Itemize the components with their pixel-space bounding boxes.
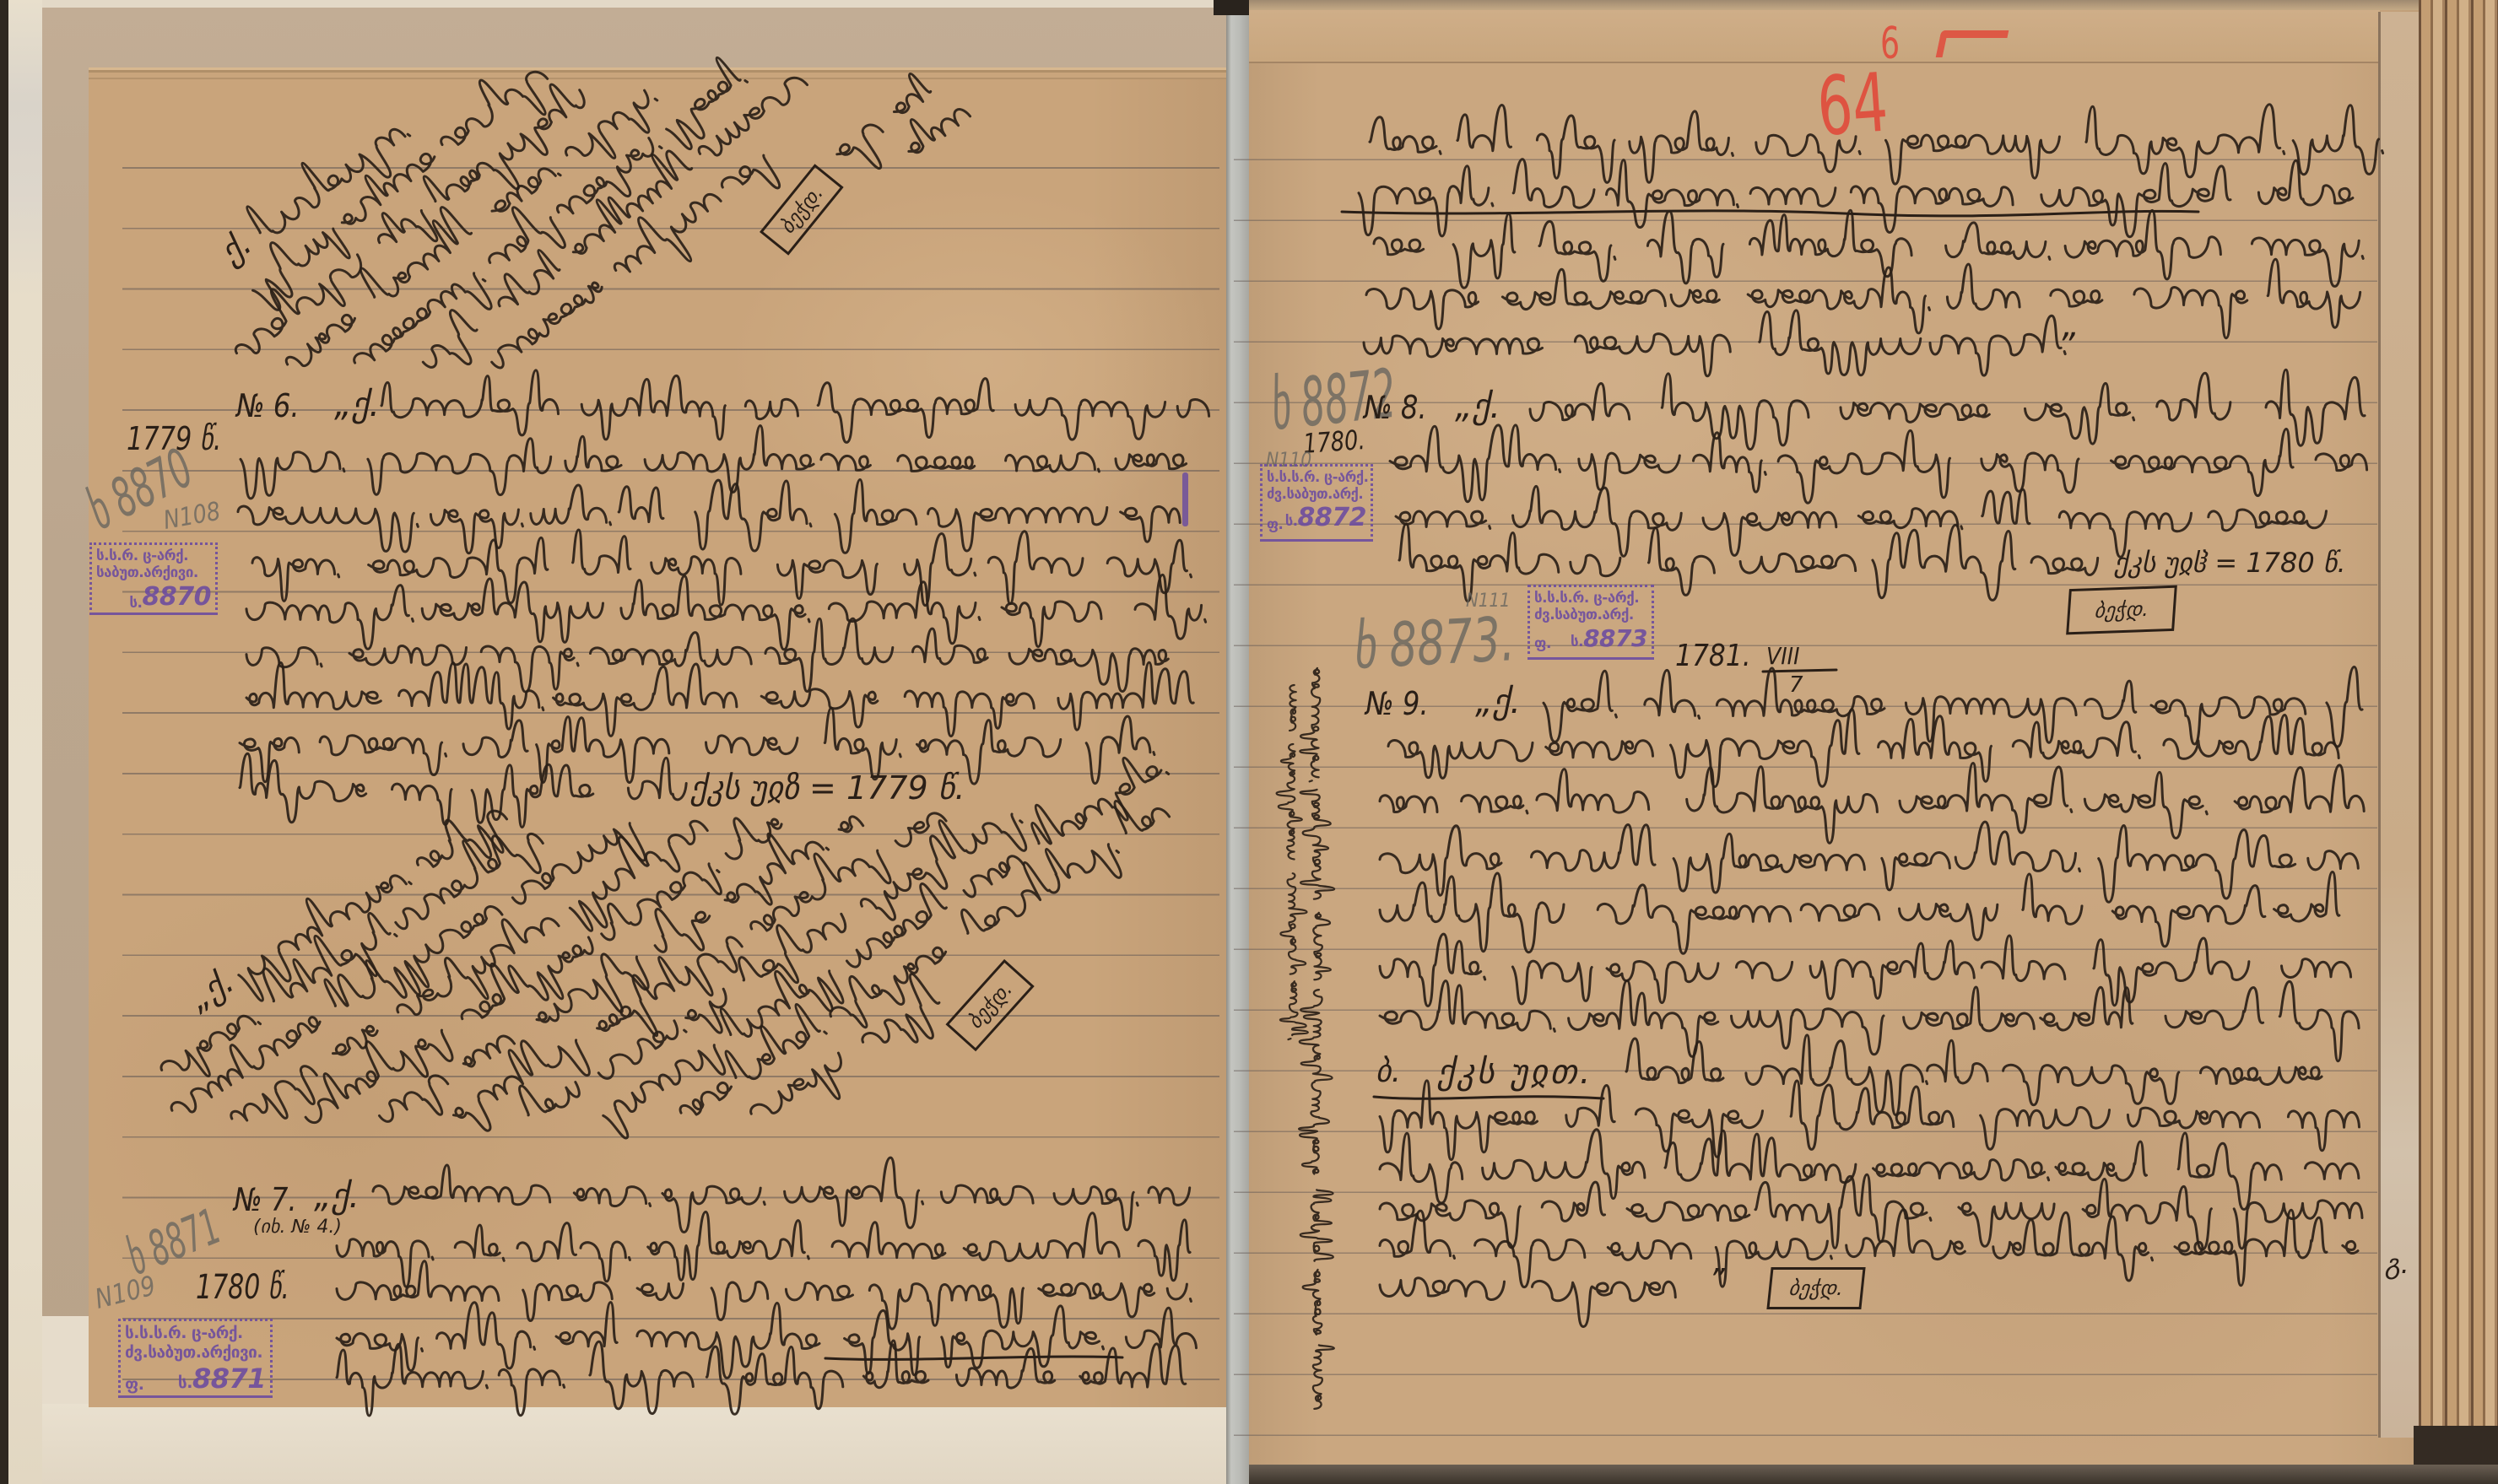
archive-stamp: ს.ს.ს.რ. ც-არქ. ძვ.საბუთ.არქივი. ფ. ს.88… bbox=[118, 1319, 273, 1398]
archive-stamp: ს.ს.რ. ც-არქ. საბუთ.არქივი. ს. 8870 bbox=[89, 542, 218, 615]
folio-number-upper: 6 bbox=[1880, 22, 1900, 66]
page-stack-edge-top bbox=[1249, 0, 2419, 10]
handwritten-line bbox=[1362, 305, 2054, 373]
stamp-fund: ფ. bbox=[1267, 516, 1283, 533]
seal-placeholder-box: ბეჭდ. bbox=[1766, 1267, 1865, 1309]
margin-date: 1779 წ. bbox=[127, 423, 221, 455]
right-page-top-margin bbox=[1249, 10, 2380, 63]
edge-mark: გ. bbox=[2385, 1250, 2409, 1277]
stamp-prefix: ს. bbox=[129, 595, 142, 612]
margin-date: 1780. bbox=[1302, 426, 1365, 457]
stamp-prefix: ს. bbox=[178, 1373, 192, 1392]
left-sheet-top-edge bbox=[42, 0, 1219, 8]
stamp-number: 8870 bbox=[143, 582, 212, 612]
stamp-line-3: ს. 8870 bbox=[96, 582, 211, 612]
entry-opening: „ქ. bbox=[334, 388, 380, 422]
closing-quote: ” bbox=[1709, 1265, 1725, 1296]
seal-label: ბეჭდ. bbox=[1788, 1278, 1845, 1298]
right-page-outer-margin bbox=[2381, 12, 2419, 1438]
seal-label: ბეჭდ. bbox=[2094, 599, 2149, 621]
entry-opening: „ქ. bbox=[1455, 390, 1500, 424]
stamp-number: 8871 bbox=[192, 1363, 266, 1395]
stamp-prefix: ს. bbox=[1571, 634, 1583, 650]
stamp-prefix: ს. bbox=[1285, 513, 1298, 529]
stamp-number-group: ს.8871 bbox=[178, 1363, 266, 1395]
page-stack-edge-left bbox=[8, 0, 43, 1484]
archive-stamp: ს.ს.ს.რ. ც-არქ. ძვ.საბუთ.არქ. ფ. ს.8872 bbox=[1260, 464, 1373, 542]
handwritten-line bbox=[1283, 683, 1306, 1038]
book-bottom-edge bbox=[1249, 1465, 2498, 1484]
stamp-number-group: ს.8872 bbox=[1285, 503, 1366, 533]
right-page-border-line bbox=[2378, 12, 2381, 1438]
handwritten-line bbox=[335, 1339, 1190, 1406]
stamp-line-1: ს.ს.რ. ც-არქ. bbox=[96, 548, 211, 564]
stamp-line-3: ფ. ს.8871 bbox=[125, 1363, 266, 1395]
underlying-sheet bbox=[42, 1316, 89, 1409]
stamp-number: 8872 bbox=[1298, 503, 1367, 532]
stamp-line-2: ძვ.საბუთ.არქ. bbox=[1267, 486, 1366, 503]
stamp-line-2: ძვ.საბუთ.არქივი. bbox=[125, 1343, 266, 1363]
purple-crayon-mark bbox=[1182, 472, 1188, 526]
underlying-sheet-bottom bbox=[42, 1404, 1228, 1484]
handwritten-line bbox=[1378, 764, 2363, 831]
stamp-line-1: ს.ს.ს.რ. ც-არქ. bbox=[1534, 590, 1647, 607]
entry-number: № 7. bbox=[234, 1184, 297, 1216]
stamp-line-2: ძვ.საბუთ.არქ. bbox=[1534, 607, 1647, 623]
closing-date-formula: ქკს უჲჱ = 1780 წ. bbox=[2114, 549, 2346, 576]
stamp-line-3: ფ. ს.8872 bbox=[1267, 503, 1366, 533]
closing-quote: ” bbox=[2057, 329, 2075, 363]
seal-placeholder-box: ბეჭდ. bbox=[2066, 586, 2177, 635]
entry-number: № 6. bbox=[236, 390, 300, 422]
handwritten-line bbox=[1378, 1249, 1705, 1317]
date-month: VIII bbox=[1766, 645, 1800, 668]
underline bbox=[823, 1350, 1127, 1367]
archive-stamp: ს.ს.ს.რ. ც-არქ. ძვ.საბუთ.არქ. ფ. ს.8873 bbox=[1527, 585, 1654, 660]
handwritten-line bbox=[1398, 525, 2102, 592]
cross-reference: (იხ. № 4.) bbox=[253, 1218, 342, 1237]
handwritten-line bbox=[1305, 666, 1333, 1409]
entry-opening: „ქ. bbox=[314, 1179, 360, 1213]
pencil-archive-number: ხ 8873. bbox=[1351, 608, 1516, 677]
stamp-line-2: საბუთ.არქივი. bbox=[96, 564, 211, 581]
entry-number: № 8. bbox=[1364, 391, 1427, 424]
stamp-number: 8873 bbox=[1583, 624, 1647, 652]
stamp-line-1: ს.ს.ს.რ. ც-არქ. bbox=[1267, 469, 1366, 486]
red-pencil-stroke bbox=[1936, 30, 2009, 57]
stamp-number-group: ს.8873 bbox=[1571, 624, 1647, 653]
stamp-line-1: ს.ს.ს.რ. ც-არქ. bbox=[125, 1324, 266, 1343]
margin-date: 1780 წ. bbox=[196, 1271, 289, 1304]
stamp-fund: ფ. bbox=[125, 1375, 143, 1395]
page-stack-edge-right bbox=[2419, 0, 2498, 1484]
stamp-fund: ფ. bbox=[1534, 635, 1551, 652]
stamp-line-3: ფ. ს.8873 bbox=[1534, 624, 1647, 653]
